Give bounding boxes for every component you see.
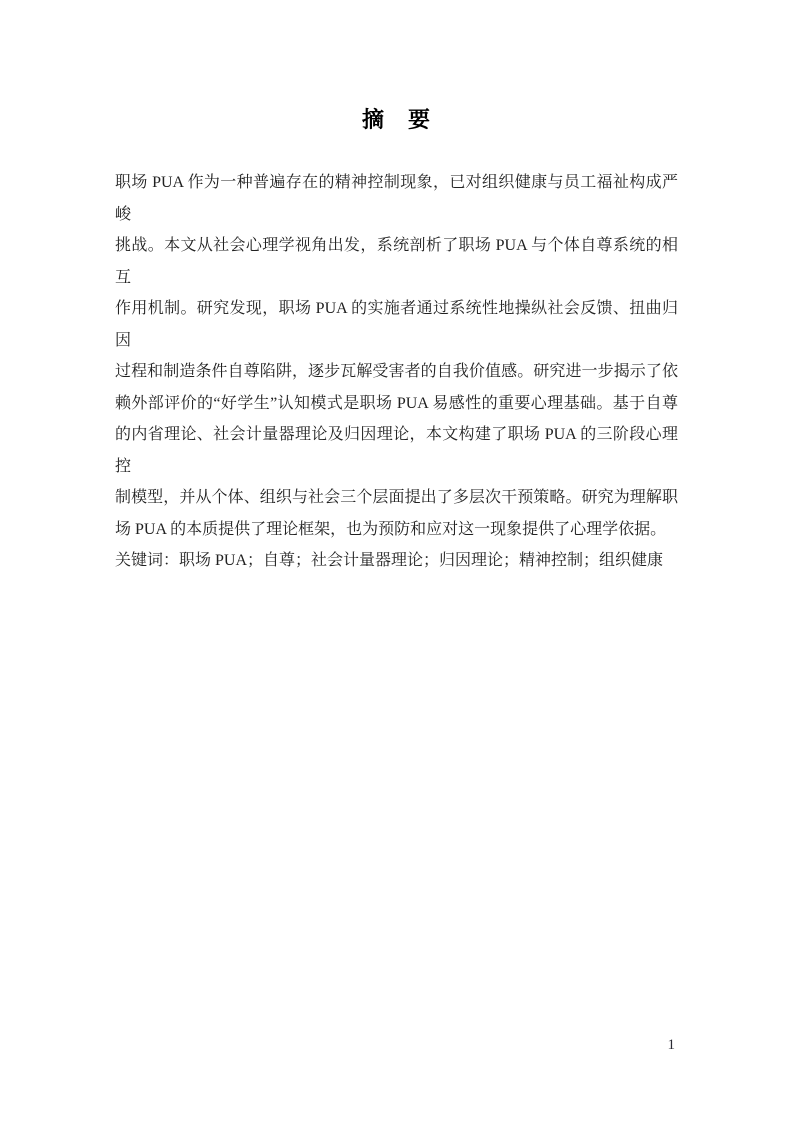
abstract-line: 作用机制。研究发现，职场 PUA 的实施者通过系统性地操纵社会反馈、扭曲归因 — [115, 293, 678, 356]
abstract-line: 赖外部评价的“好学生”认知模式是职场 PUA 易感性的重要心理基础。基于自尊 — [115, 388, 678, 420]
document-page: 摘 要 职场 PUA 作为一种普遍存在的精神控制现象，已对组织健康与员工福祉构成… — [0, 0, 793, 1122]
abstract-line: 制模型，并从个体、组织与社会三个层面提出了多层次干预策略。研究为理解职 — [115, 482, 678, 514]
abstract-line: 挑战。本文从社会心理学视角出发，系统剖析了职场 PUA 与个体自尊系统的相互 — [115, 230, 678, 293]
page-number: 1 — [115, 1034, 675, 1056]
abstract-title: 摘 要 — [0, 105, 793, 135]
abstract-line: 职场 PUA 作为一种普遍存在的精神控制现象，已对组织健康与员工福祉构成严峻 — [115, 167, 678, 230]
abstract-line: 场 PUA 的本质提供了理论框架，也为预防和应对这一现象提供了心理学依据。 — [115, 514, 678, 546]
abstract-line: 的内省理论、社会计量器理论及归因理论，本文构建了职场 PUA 的三阶段心理控 — [115, 419, 678, 482]
abstract-body: 职场 PUA 作为一种普遍存在的精神控制现象，已对组织健康与员工福祉构成严峻 挑… — [115, 167, 678, 577]
keywords-line: 关键词：职场 PUA；自尊；社会计量器理论；归因理论；精神控制；组织健康 — [115, 545, 678, 577]
abstract-line: 过程和制造条件自尊陷阱，逐步瓦解受害者的自我价值感。研究进一步揭示了依 — [115, 356, 678, 388]
